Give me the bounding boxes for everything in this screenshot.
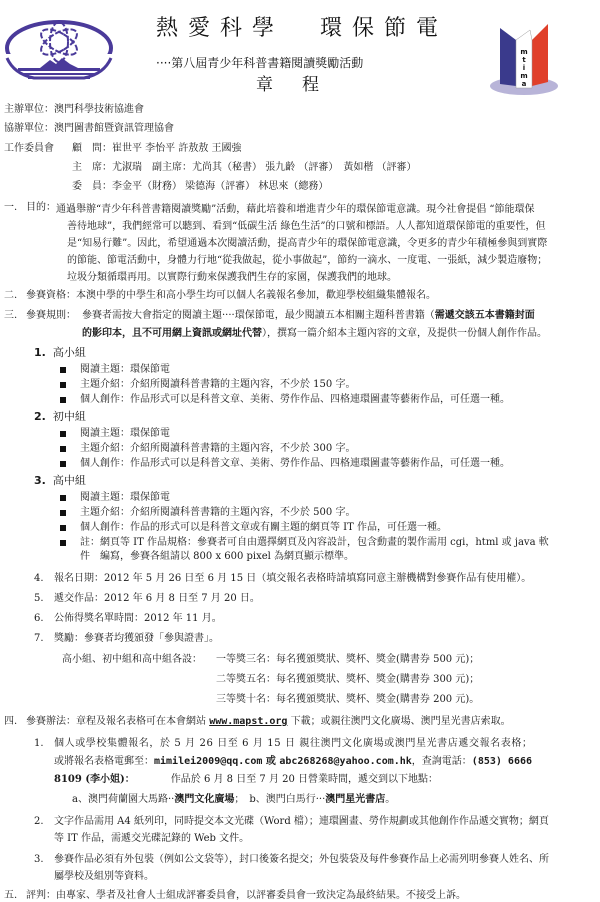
logo-left (4, 18, 114, 86)
bullet-item: 主題介紹：介紹所閱讀科普書籍的主題內容，不少於 150 字。 (60, 378, 355, 392)
method-1-line-3: 8109 (李小姐)：作品於 6 月 8 日至 7 月 20 日營業時間，遞交到… (54, 773, 438, 787)
group-name: 高中組 (53, 474, 86, 487)
delivery-locations: a、澳門荷蘭園大馬路··澳門文化廣場； b、澳門白馬行···澳門星光書店。 (72, 793, 395, 807)
section-1-line: 通過舉辦“青少年科普書籍閱讀獎勵”活動，藉此培養和增進青少年的環保節電意識。現今… (56, 201, 547, 218)
method-3-line-1: 參賽作品必須有外包裝（例如公文袋等），封口後簽名提交；外包裝袋及每件參賽作品上必… (54, 853, 549, 867)
email-label: 或將報名表格電郵至： (54, 756, 154, 767)
section-3-line-1: 參賽者需按大會指定的閱讀主題····環保節電，最少閱讀五本相關主題科普書籍（需遞… (82, 309, 535, 323)
method-item-number: 2. (34, 815, 44, 829)
section-1-line: 垃圾分類循環再用。以實際行動來保護我們生存的家園，保護我們的地球。 (67, 269, 547, 286)
section-1-number: 一. (4, 201, 17, 215)
section-5-number: 五. (4, 889, 17, 902)
committee-label: 工作委員會 (4, 142, 54, 156)
location-b-address: ； b、澳門白馬行··· (234, 794, 325, 805)
svg-text:a: a (522, 80, 527, 88)
bullet-text: 閱讀主題：環保節電 (80, 428, 170, 439)
rule-emphasis: 的影印本，且不可用網上資訊或網址代替 (82, 328, 262, 339)
location-a-name: 澳門文化廣場 (174, 794, 234, 805)
phone-number: (853) 6666 (472, 756, 532, 767)
bullet-item: 閱讀主題：環保節電 (60, 363, 170, 377)
bullet-text: 閱讀主題：環保節電 (80, 492, 170, 503)
host-organizer: 主辦單位：澳門科學技術協進會 (4, 103, 144, 117)
bullet-item: 註：網頁等 IT 作品規格：參賽者可自由選擇網頁及內容設計，包含動畫的製作需用 … (60, 536, 549, 550)
section-3-number: 三. (4, 309, 17, 323)
group-name: 初中組 (53, 410, 86, 423)
square-bullet-icon (60, 510, 66, 516)
location-b-name: 澳門星光書店 (325, 794, 385, 805)
or-text: 或 (262, 756, 279, 767)
bullet-item: 閱讀主題：環保節電 (60, 427, 170, 441)
bullet-text: 主題介紹：介紹所閱讀科普書籍的主題內容，不少於 300 字。 (80, 443, 355, 454)
method-item-number: 1. (34, 737, 44, 751)
section-5-text: 評判：由專家、學者及社會人士組成評審委員會，以評審委員會一致決定為最終結果。不接… (26, 889, 466, 902)
square-bullet-icon (60, 382, 66, 388)
bullet-item: 主題介紹：介紹所閱讀科普書籍的主題內容，不少於 500 字。 (60, 506, 355, 520)
rule-item-number: 7. (34, 632, 44, 646)
square-bullet-icon (60, 431, 66, 437)
rule-item-number: 5. (34, 592, 44, 606)
phone-label: ，查詢電話： (412, 756, 472, 767)
square-bullet-icon (60, 495, 66, 501)
group-heading: 3. 高中組 (34, 474, 86, 488)
section-1-body: 通過舉辦“青少年科普書籍閱讀獎勵”活動，藉此培養和增進青少年的環保節電意識。現今… (56, 201, 547, 286)
method-1-line-1: 個人或學校集體報名，於 5 月 26 日至 6 月 15 日 親往澳門文化廣場或… (54, 737, 533, 751)
bullet-text: 個人創作：作品形式可以是科普文章、美術、勞作作品、四格連環圖畫等藝術作品，可任選… (80, 394, 510, 405)
awards-intro: 獎勵：參賽者均獲頒發「參與證書」。 (54, 632, 219, 646)
square-bullet-icon (60, 540, 66, 546)
svg-text:i: i (523, 64, 525, 72)
section-4-number: 四. (4, 715, 17, 729)
square-bullet-icon (60, 367, 66, 373)
square-bullet-icon (60, 397, 66, 403)
bullet-item: 個人創作：作品形式可以是科普文章、美術、勞作作品、四格連環圖畫等藝術作品，可任選… (60, 457, 510, 471)
method-3-line-2: 屬學校及組別等資料。 (54, 870, 154, 884)
award-third: 三等獎十名：每名獲頒獎狀、獎杯、獎金(購書券 200 元)。 (216, 693, 479, 707)
note-continuation: 件 編寫，參賽各組請以 800 x 600 pixel 為網頁顯示標準。 (80, 550, 354, 564)
committee-members: 委 員：李金平（財務） 梁德海（評審） 林思來（總務） (72, 180, 328, 194)
rule-text: 參賽者需按大會指定的閱讀主題····環保節電，最少閱讀五本相關主題科普書籍（ (82, 310, 435, 321)
group-number: 3. (34, 474, 46, 487)
group-heading: 1. 高小組 (34, 346, 86, 360)
section-2-number: 二. (4, 289, 17, 303)
bullet-item: 主題介紹：介紹所閱讀科普書籍的主題內容，不少於 300 字。 (60, 442, 355, 456)
section-2-text: 參賽資格：本澳中學的中學生和高小學生均可以個人名義報名參加，歡迎學校組織集體報名… (26, 289, 436, 303)
bullet-text: 閱讀主題：環保節電 (80, 364, 170, 375)
document-title: 章 程 (256, 78, 325, 92)
group-heading: 2. 初中組 (34, 410, 86, 424)
banner-title-left: 熱愛科學 (156, 16, 284, 41)
square-bullet-icon (60, 446, 66, 452)
bullet-item: 個人創作：作品的形式可以是科普文章或有關主題的網頁等 IT 作品，可任選一種。 (60, 521, 447, 535)
square-bullet-icon (60, 525, 66, 531)
rule-text: ），撰寫一篇介紹本主題內容的文章，及提供一份個人創作作品。 (262, 328, 547, 339)
email-link-1[interactable]: mimilei2009@qq.com (154, 756, 262, 767)
method-2-line-2: 等 IT 作品，需遞交光碟記錄的 Web 文件。 (54, 832, 249, 846)
committee-advisors: 顧 問：崔世平 李怡平 許敖敖 王國強 (72, 142, 242, 156)
svg-text:m: m (520, 72, 527, 80)
group-number: 2. (34, 410, 46, 423)
section-1-line: 善待地球”，我們經常可以聽到、看到“低碳生活 綠色生活”的口號和標語。人人都知道… (67, 218, 547, 235)
bullet-text: 註：網頁等 IT 作品規格：參賽者可自由選擇網頁及內容設計，包含動畫的製作需用 … (80, 537, 549, 548)
award-first: 一等獎三名：每名獲頒獎狀、獎杯、獎金(購書券 500 元)； (216, 653, 479, 667)
group-name: 高小組 (53, 346, 86, 359)
method-1-line-2: 或將報名表格電郵至：mimilei2009@qq.com 或 abc268268… (54, 755, 532, 769)
delivery-text: 作品於 6 月 8 日至 7 月 20 日營業時間，遞交到以下地點： (171, 774, 438, 785)
section-3-label: 參賽規則： (26, 309, 76, 323)
rule-item-number: 4. (34, 572, 44, 586)
bullet-text: 主題介紹：介紹所閱讀科普書籍的主題內容，不少於 150 字。 (80, 379, 355, 390)
method-2-line-1: 文字作品需用 A4 紙列印，同時提交本文光碟（Word 檔）；連環圖畫、勞作規劃… (54, 815, 549, 829)
section-1-line: 是“知易行難”。因此，希望通過本次閱讀活動，提高青少年的環保節電意識，令更多的青… (67, 235, 547, 252)
phone-contact: 8109 (李小姐)： (54, 774, 135, 785)
banner-title-right: 環保節電 (320, 16, 448, 41)
bullet-text: 主題介紹：介紹所閱讀科普書籍的主題內容，不少於 500 字。 (80, 507, 355, 518)
website-link[interactable]: www.mapst.org (209, 716, 287, 727)
email-link-2[interactable]: abc268268@yahoo.com.hk (279, 756, 411, 767)
period: 。 (385, 794, 395, 805)
section-1-line: 的節能、節電活動中，身體力行地“從我做起，從小事做起”，節約一滴水、一度電、一張… (67, 252, 547, 269)
bullet-item: 閱讀主題：環保節電 (60, 491, 170, 505)
registration-dates: 報名日期：2012 年 5 月 26 日至 6 月 15 日（填交報名表格時請填… (54, 572, 531, 586)
method-item-number: 3. (34, 853, 44, 867)
submission-dates: 遞交作品：2012 年 6 月 8 日至 7 月 20 日。 (54, 592, 260, 606)
method-text: 下載；或親往澳門文化廣場、澳門星光書店索取。 (287, 716, 510, 727)
square-bullet-icon (60, 461, 66, 467)
svg-text:m: m (520, 48, 527, 56)
awards-label: 高小組、初中組和高中組各設： (62, 653, 202, 667)
bullet-item: 個人創作：作品形式可以是科普文章、美術、勞作作品、四格連環圖畫等藝術作品，可任選… (60, 393, 510, 407)
location-a-address: a、澳門荷蘭園大馬路·· (72, 794, 174, 805)
atom-emblem-icon (4, 18, 114, 86)
announcement-date: 公佈得獎名單時間：2012 年 11 月。 (54, 612, 222, 626)
section-1-label: 目的： (26, 201, 56, 215)
section-3-line-2: 的影印本，且不可用網上資訊或網址代替），撰寫一篇介紹本主題內容的文章，及提供一份… (82, 327, 547, 341)
rule-emphasis: 需遞交該五本書籍封面 (435, 310, 535, 321)
event-subtitle: ····第八屆青少年科普書籍閱讀獎勵活動 (156, 56, 363, 70)
section-4-text: 參賽辦法：章程及報名表格可在本會網站 www.mapst.org 下載；或親往澳… (26, 715, 511, 729)
logo-right: m t i m a (488, 18, 560, 98)
award-second: 二等獎五名：每名獲頒獎狀、獎杯、獎金(購書券 300 元)； (216, 673, 479, 687)
committee-chair: 主 席：尤淑瑞 副主席：尤尚其（秘書） 張九齡 （評審） 黃如楷 （評審） (72, 161, 417, 175)
mtima-logo-icon: m t i m a (488, 18, 560, 98)
banner-title: 熱愛科學環保節電 (156, 22, 448, 36)
rule-item-number: 6. (34, 612, 44, 626)
method-text: 參賽辦法：章程及報名表格可在本會網站 (26, 716, 209, 727)
co-host-organizer: 協辦單位：澳門圖書館暨資訊管理協會 (4, 122, 174, 136)
bullet-text: 個人創作：作品的形式可以是科普文章或有關主題的網頁等 IT 作品，可任選一種。 (80, 522, 447, 533)
group-number: 1. (34, 346, 46, 359)
bullet-text: 個人創作：作品形式可以是科普文章、美術、勞作作品、四格連環圖畫等藝術作品，可任選… (80, 458, 510, 469)
